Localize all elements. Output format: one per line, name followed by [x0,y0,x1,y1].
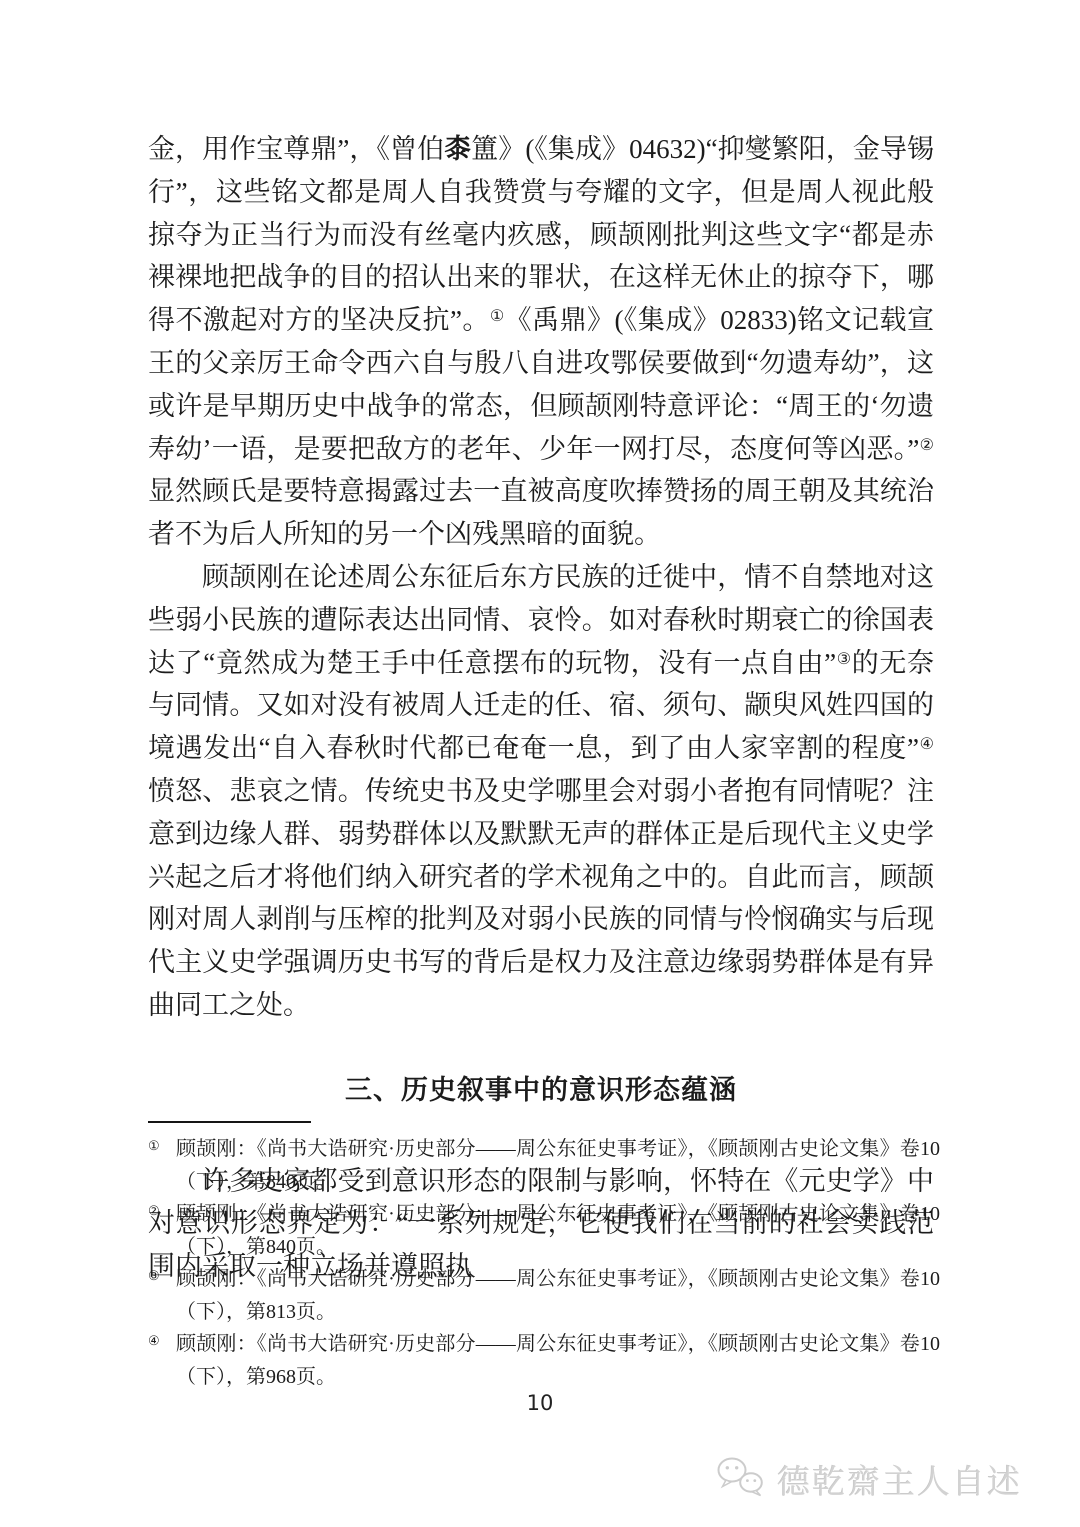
footnote-text: 顾颉刚：《尚书大诰研究·历史部分——周公东征史事考证》，《顾颉刚古史论文集》卷1… [176,1263,940,1328]
wechat-logo-icon [715,1455,767,1504]
footnote: ①顾颉刚：《尚书大诰研究·历史部分——周公东征史事考证》，《顾颉刚古史论文集》卷… [148,1133,940,1198]
watermark-text: 德乾齋主人自述 [777,1456,1022,1503]
watermark: 德乾齋主人自述 [715,1455,1022,1504]
paragraph: 顾颉刚在论述周公东征后东方民族的迁徙中，情不自禁地对这些弱小民族的遭际表达出同情… [148,556,934,1027]
text-run: 顾颉刚在论述周公东征后东方民族的迁徙中，情不自禁地对这些弱小民族的遭际表达出同情… [148,562,934,678]
footnote: ②顾颉刚：《尚书大诰研究·历史部分——周公东征史事考证》，《顾颉刚古史论文集》卷… [148,1198,940,1263]
footnote-reference: ② [919,437,934,454]
footnote-marker: ③ [148,1260,176,1293]
footnotes-section: ①顾颉刚：《尚书大诰研究·历史部分——周公东征史事考证》，《顾颉刚古史论文集》卷… [148,1133,940,1393]
footnote-text: 顾颉刚：《尚书大诰研究·历史部分——周公东征史事考证》，《顾颉刚古史论文集》卷1… [176,1328,940,1393]
footnote-marker: ④ [148,1325,176,1358]
text-run: 显然顾氏是要特意揭露过去一直被高度吹捧赞扬的周王朝及其统治者不为后人所知的另一个… [148,476,934,549]
rare-bronze-glyph: 桼 [444,134,471,164]
footnote-reference: ③ [836,651,852,668]
footnote-marker: ② [148,1195,176,1228]
paragraph: 金，用作宝尊鼎”，《曾伯桼簠》(《集成》04632)“抑燮繁阳，金导锡行”，这些… [148,128,934,556]
footnote: ④顾颉刚：《尚书大诰研究·历史部分——周公东征史事考证》，《顾颉刚古史论文集》卷… [148,1328,940,1393]
footnote-reference: ④ [919,736,934,753]
page-number: 10 [0,1391,1080,1415]
footnote-text: 顾颉刚：《尚书大诰研究·历史部分——周公东征史事考证》，《顾颉刚古史论文集》卷1… [176,1198,940,1263]
section-heading: 三、历史叙事中的意识形态蕴涵 [148,1069,934,1112]
footnote-separator [148,1121,311,1123]
article-body: 金，用作宝尊鼎”，《曾伯桼簠》(《集成》04632)“抑燮繁阳，金导锡行”，这些… [148,128,934,1288]
footnote-reference: ① [490,308,505,325]
document-page: 金，用作宝尊鼎”，《曾伯桼簠》(《集成》04632)“抑燮繁阳，金导锡行”，这些… [0,0,1080,1527]
text-run: 金，用作宝尊鼎”，《曾伯 [148,134,444,164]
text-run: 愤怒、悲哀之情。传统史书及史学哪里会对弱小者抱有同情呢？注意到边缘人群、弱势群体… [148,776,934,1020]
footnote: ③顾颉刚：《尚书大诰研究·历史部分——周公东征史事考证》，《顾颉刚古史论文集》卷… [148,1263,940,1328]
footnote-text: 顾颉刚：《尚书大诰研究·历史部分——周公东征史事考证》，《顾颉刚古史论文集》卷1… [176,1133,940,1198]
footnote-marker: ① [148,1130,176,1163]
